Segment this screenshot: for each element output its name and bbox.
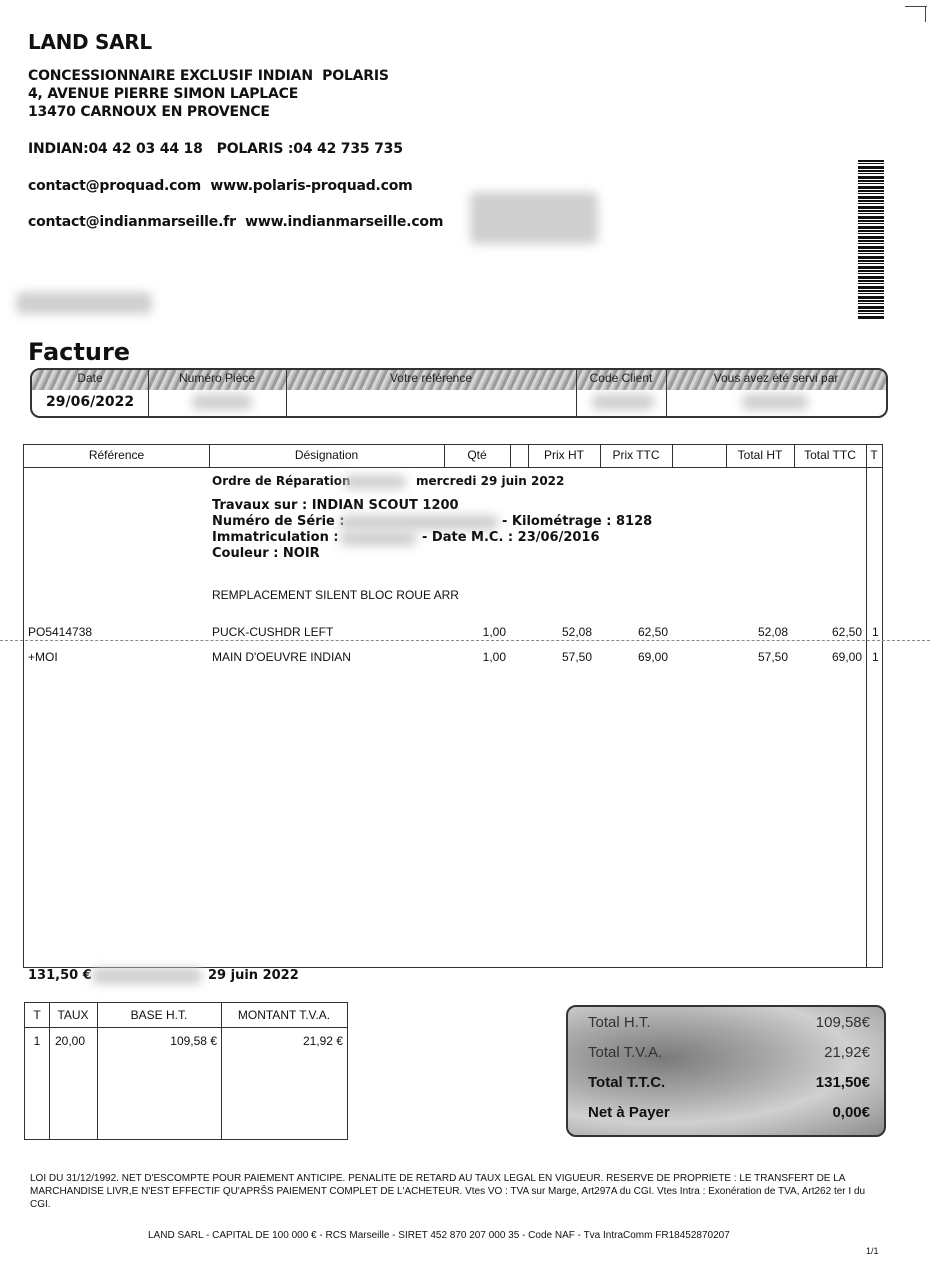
page-corner-mark — [905, 6, 927, 7]
serial-label: Numéro de Série : — [212, 514, 345, 529]
redacted-order-number — [344, 475, 406, 489]
line-designation: MAIN D'OEUVRE INDIAN — [212, 650, 351, 664]
total-tva-row: Total T.V.A. 21,92€ — [588, 1044, 870, 1061]
redacted-numero-piece — [192, 394, 252, 410]
vat-table: T TAUX BASE H.T. MONTANT T.V.A. 1 20,00 … — [24, 1002, 348, 1140]
table-header: Référence Désignation Qté Prix HT Prix T… — [24, 445, 882, 468]
first-registration-date: - Date M.C. : 23/06/2016 — [422, 530, 600, 545]
net-value: 0,00€ — [832, 1104, 870, 1121]
vat-col-taux: TAUX — [49, 1008, 97, 1022]
col-total-ttc: Total TTC — [794, 448, 866, 462]
total-ht-value: 109,58€ — [816, 1014, 870, 1031]
code-client-label: Code Client — [576, 371, 666, 385]
line-designation: PUCK-CUSHDR LEFT — [212, 625, 333, 639]
total-tva-label: Total T.V.A. — [588, 1044, 662, 1061]
servi-par-label: Vous avez été servi par — [666, 371, 886, 385]
line-unit-ttc: 62,50 — [600, 625, 668, 639]
vat-row-t: 1 — [25, 1034, 49, 1048]
vat-row-montant: 21,92 € — [221, 1034, 343, 1048]
line-unit-ht: 57,50 — [528, 650, 592, 664]
company-phones: INDIAN:04 42 03 44 18 POLARIS :04 42 735… — [28, 141, 403, 157]
col-reference: Référence — [24, 448, 209, 462]
redacted-summary — [92, 968, 202, 984]
col-t: T — [866, 448, 882, 462]
line-reference: PO5414738 — [28, 625, 92, 639]
redacted-customer-block — [470, 192, 598, 244]
net-row: Net à Payer 0,00€ — [588, 1104, 870, 1121]
line-tax-code: 1 — [872, 625, 879, 639]
totals-box: Total H.T. 109,58€ Total T.V.A. 21,92€ T… — [566, 1005, 886, 1137]
line-unit-ht: 52,08 — [528, 625, 592, 639]
order-label: Ordre de Réparation — [212, 474, 351, 488]
line-total-ttc: 62,50 — [794, 625, 862, 639]
vehicle-color: Couleur : NOIR — [212, 546, 320, 561]
line-qty: 1,00 — [444, 625, 506, 639]
col-designation: Désignation — [209, 448, 444, 462]
barcode — [858, 160, 884, 320]
company-contact-1: contact@proquad.com www.polaris-proquad.… — [28, 178, 413, 194]
line-reference: +MOI — [28, 650, 58, 664]
numero-piece-label: Numéro Pièce — [148, 371, 286, 385]
company-tagline: CONCESSIONNAIRE EXCLUSIF INDIAN POLARIS — [28, 68, 389, 84]
vehicle-model: Travaux sur : INDIAN SCOUT 1200 — [212, 498, 459, 513]
page-corner-mark — [925, 6, 926, 22]
col-prix-ht: Prix HT — [528, 448, 600, 462]
mileage: - Kilométrage : 8128 — [502, 514, 652, 529]
col-prix-ttc: Prix TTC — [600, 448, 672, 462]
redacted-servi-par — [742, 394, 808, 410]
date-label: Date — [32, 371, 148, 385]
line-total-ht: 52,08 — [726, 625, 788, 639]
summary-date: 29 juin 2022 — [208, 968, 299, 983]
line-qty: 1,00 — [444, 650, 506, 664]
registration-label: Immatriculation : — [212, 530, 339, 545]
company-name: LAND SARL — [28, 30, 152, 54]
company-address: 4, AVENUE PIERRE SIMON LAPLACE — [28, 86, 298, 102]
line-unit-ttc: 69,00 — [600, 650, 668, 664]
votre-reference-label: Votre référence — [286, 371, 576, 385]
page-number: 1/1 — [866, 1246, 879, 1256]
total-tva-value: 21,92€ — [824, 1044, 870, 1061]
line-total-ttc: 69,00 — [794, 650, 862, 664]
total-ttc-row: Total T.T.C. 131,50€ — [588, 1074, 870, 1091]
vat-col-base: BASE H.T. — [97, 1008, 221, 1022]
invoice-info-box: Date Numéro Pièce Votre référence Code C… — [30, 368, 888, 418]
order-date: mercredi 29 juin 2022 — [416, 474, 564, 488]
summary-amount: 131,50 € — [28, 968, 92, 983]
line-tax-code: 1 — [872, 650, 879, 664]
vat-row-base: 109,58 € — [97, 1034, 217, 1048]
legal-notice: LOI DU 31/12/1992. NET D'ESCOMPTE POUR P… — [30, 1172, 870, 1211]
redacted-serial — [340, 515, 498, 530]
total-ht-label: Total H.T. — [588, 1014, 651, 1031]
company-contact-2: contact@indianmarseille.fr www.indianmar… — [28, 214, 443, 230]
redacted-field — [16, 292, 152, 314]
redacted-registration — [340, 531, 416, 546]
vat-row-taux: 20,00 — [55, 1034, 85, 1048]
invoice-date: 29/06/2022 — [46, 394, 134, 410]
work-description: REMPLACEMENT SILENT BLOC ROUE ARR — [212, 588, 459, 602]
line-total-ht: 57,50 — [726, 650, 788, 664]
document-title: Facture — [28, 338, 130, 366]
company-city: 13470 CARNOUX EN PROVENCE — [28, 104, 270, 120]
vat-col-montant: MONTANT T.V.A. — [221, 1008, 347, 1022]
total-ttc-label: Total T.T.C. — [588, 1074, 665, 1091]
company-registration: LAND SARL - CAPITAL DE 100 000 € - RCS M… — [148, 1230, 730, 1241]
col-total-ht: Total HT — [726, 448, 794, 462]
total-ttc-value: 131,50€ — [816, 1074, 870, 1091]
invoice-lines-table: Référence Désignation Qté Prix HT Prix T… — [23, 444, 883, 968]
scan-artifact-line — [0, 640, 930, 641]
redacted-code-client — [592, 394, 654, 410]
net-label: Net à Payer — [588, 1104, 670, 1121]
total-ht-row: Total H.T. 109,58€ — [588, 1014, 870, 1031]
vat-col-t: T — [25, 1008, 49, 1022]
col-qte: Qté — [444, 448, 510, 462]
